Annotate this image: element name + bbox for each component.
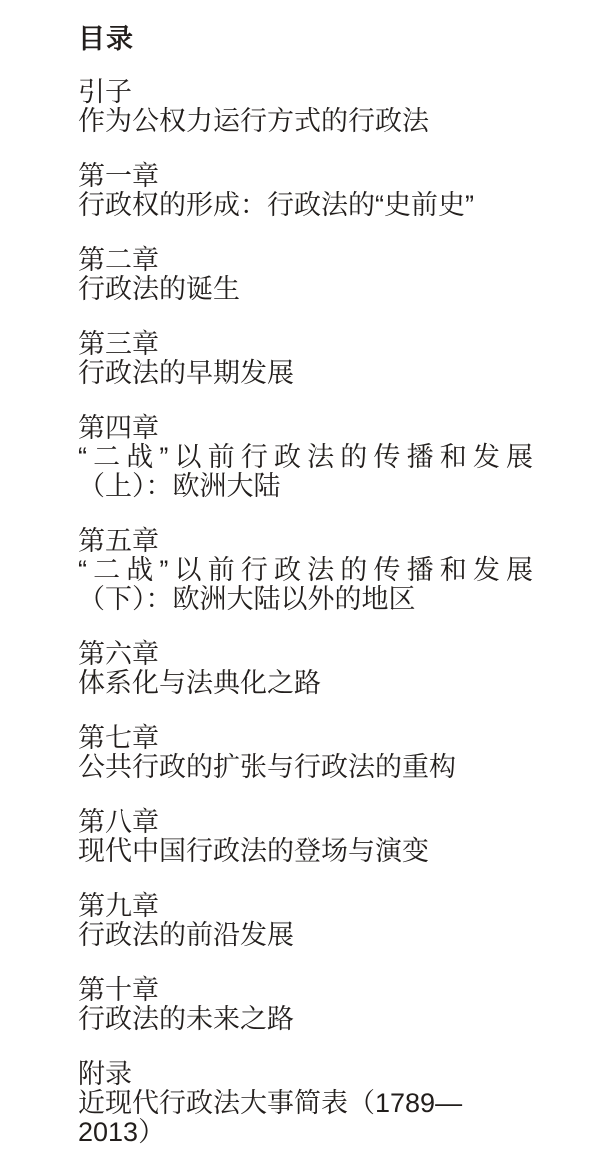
page-title: 目录 xyxy=(78,23,533,55)
toc-entry-chapter-4: 第四章 “二战”以前行政法的传播和发展 （上）：欧洲大陆 xyxy=(78,414,533,501)
chapter-title: 公共行政的扩张与行政法的重构 xyxy=(78,753,533,782)
toc-entry-chapter-7: 第七章 公共行政的扩张与行政法的重构 xyxy=(78,724,533,782)
chapter-title: 体系化与法典化之路 xyxy=(78,669,533,698)
chapter-label: 第十章 xyxy=(78,976,533,1005)
chapter-label: 引子 xyxy=(78,78,533,107)
toc-entry-chapter-1: 第一章 行政权的形成：行政法的“史前史” xyxy=(78,162,533,220)
chapter-label: 第三章 xyxy=(78,330,533,359)
chapter-title: 行政法的诞生 xyxy=(78,275,533,304)
toc-entry-chapter-9: 第九章 行政法的前沿发展 xyxy=(78,892,533,950)
toc-entry-chapter-8: 第八章 现代中国行政法的登场与演变 xyxy=(78,808,533,866)
chapter-label: 第八章 xyxy=(78,808,533,837)
chapter-title: 行政法的未来之路 xyxy=(78,1005,533,1034)
chapter-title-continued: （上）：欧洲大陆 xyxy=(78,472,533,501)
chapter-label: 第六章 xyxy=(78,640,533,669)
toc-entry-chapter-2: 第二章 行政法的诞生 xyxy=(78,246,533,304)
chapter-label: 第二章 xyxy=(78,246,533,275)
chapter-title-continued: （下）：欧洲大陆以外的地区 xyxy=(78,585,533,614)
chapter-label: 第一章 xyxy=(78,162,533,191)
chapter-title: 行政权的形成：行政法的“史前史” xyxy=(78,191,533,220)
chapter-title: 近现代行政法大事简表（1789—2013） xyxy=(78,1089,533,1147)
toc-entry-chapter-6: 第六章 体系化与法典化之路 xyxy=(78,640,533,698)
chapter-label: 第四章 xyxy=(78,414,533,443)
chapter-title: 现代中国行政法的登场与演变 xyxy=(78,837,533,866)
toc-page: 目录 引子 作为公权力运行方式的行政法 第一章 行政权的形成：行政法的“史前史”… xyxy=(0,0,590,1160)
chapter-label: 第五章 xyxy=(78,527,533,556)
chapter-title: 作为公权力运行方式的行政法 xyxy=(78,107,533,136)
chapter-title: 行政法的前沿发展 xyxy=(78,921,533,950)
toc-entry-intro: 引子 作为公权力运行方式的行政法 xyxy=(78,78,533,136)
chapter-label: 附录 xyxy=(78,1060,533,1089)
chapter-label: 第七章 xyxy=(78,724,533,753)
toc-entry-chapter-10: 第十章 行政法的未来之路 xyxy=(78,976,533,1034)
chapter-label: 第九章 xyxy=(78,892,533,921)
chapter-title: “二战”以前行政法的传播和发展 xyxy=(78,556,533,585)
toc-entry-chapter-5: 第五章 “二战”以前行政法的传播和发展 （下）：欧洲大陆以外的地区 xyxy=(78,527,533,614)
chapter-title: 行政法的早期发展 xyxy=(78,359,533,388)
toc-entry-chapter-3: 第三章 行政法的早期发展 xyxy=(78,330,533,388)
chapter-title: “二战”以前行政法的传播和发展 xyxy=(78,443,533,472)
toc-entry-appendix: 附录 近现代行政法大事简表（1789—2013） xyxy=(78,1060,533,1147)
